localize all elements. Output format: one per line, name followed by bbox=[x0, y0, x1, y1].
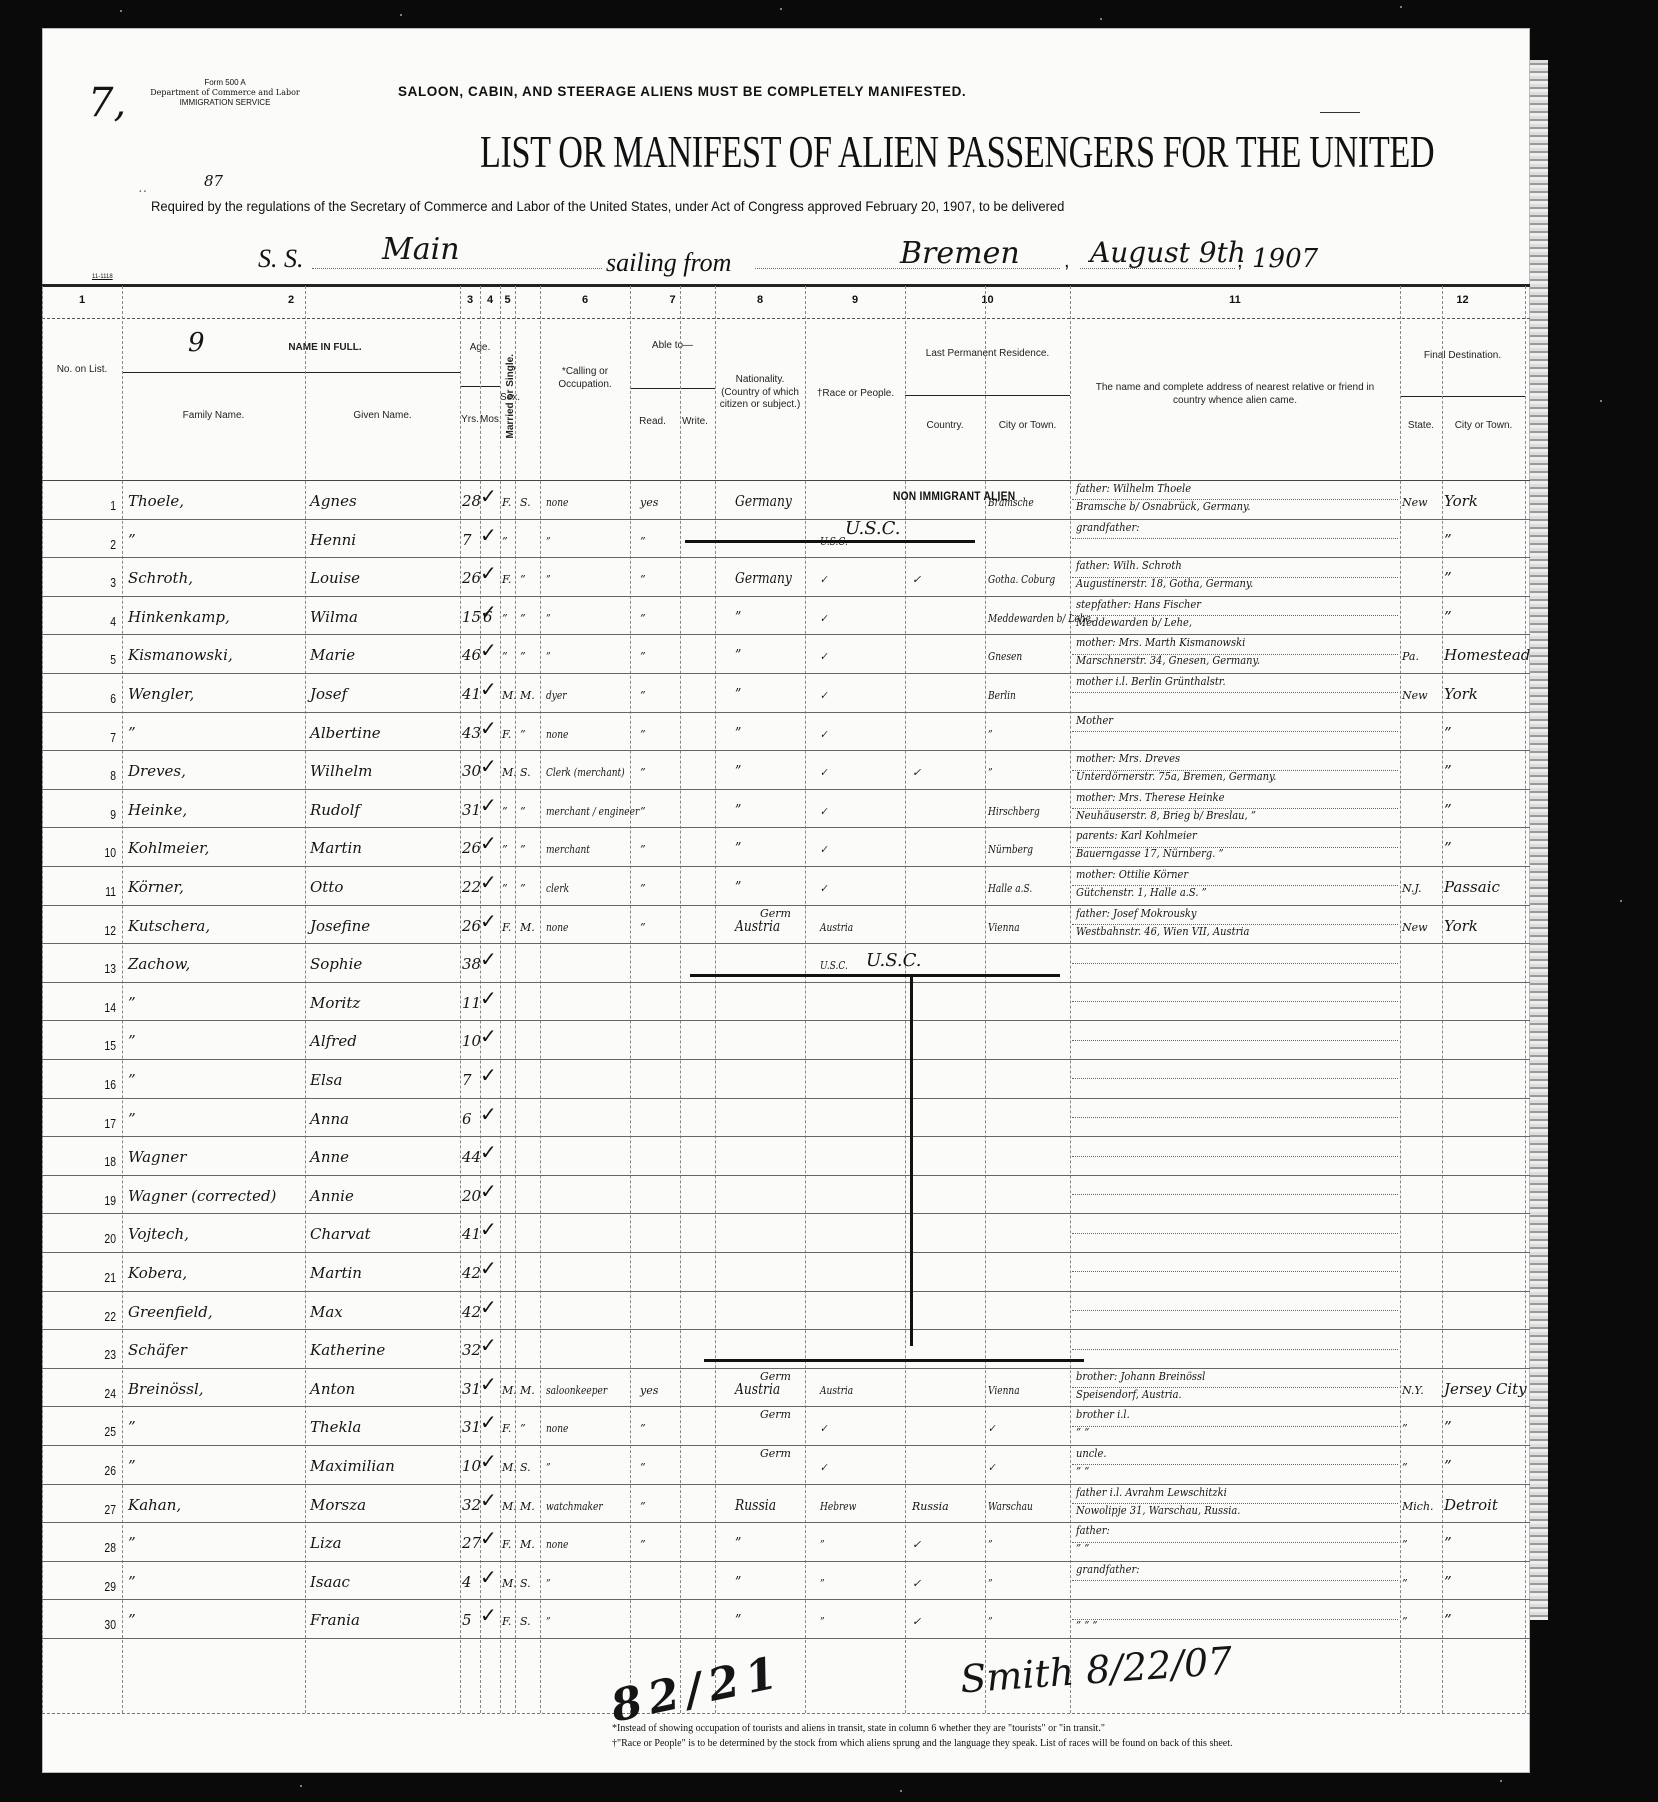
subtitle-marks: ․․ bbox=[138, 180, 147, 196]
residence-city: Halle a.S. bbox=[988, 882, 1032, 895]
occupation: none bbox=[546, 921, 568, 934]
relative-name: uncle. bbox=[1076, 1447, 1106, 1460]
relative-name: father i.l. Avrahm Lewschitzki bbox=[1076, 1486, 1227, 1499]
residence-city: Warschau bbox=[988, 1500, 1033, 1513]
age-years: 31 bbox=[462, 1418, 481, 1436]
able-to-read: ” bbox=[640, 1422, 646, 1435]
destination-city: Jersey City bbox=[1444, 1380, 1527, 1398]
destination-state: ” bbox=[1402, 1577, 1408, 1590]
header-name-in-full: NAME IN FULL. bbox=[250, 342, 400, 355]
header-yrs: Yrs. bbox=[460, 414, 480, 427]
race-people: U.S.C. bbox=[820, 959, 848, 972]
relative-address: ” ” ” bbox=[1076, 1619, 1097, 1632]
column-number-12: 12 bbox=[1400, 294, 1525, 306]
residence-city: ” bbox=[988, 1538, 993, 1551]
header-city: City or Town. bbox=[985, 420, 1070, 433]
column-number-3: 3 bbox=[460, 294, 480, 306]
given-name: Wilhelm bbox=[310, 762, 372, 780]
row-number: 11 bbox=[92, 884, 116, 899]
occupation: merchant bbox=[546, 843, 590, 856]
residence-country: ✓ bbox=[912, 573, 921, 586]
destination-city: Detroit bbox=[1444, 1496, 1498, 1514]
row-number: 28 bbox=[92, 1540, 116, 1555]
check-mark-icon: ✓ bbox=[480, 1217, 497, 1241]
given-name: Katherine bbox=[310, 1341, 385, 1359]
nationality: ” bbox=[735, 646, 741, 664]
family-name: Wagner bbox=[128, 1148, 186, 1166]
footnotes: *Instead of showing occupation of touris… bbox=[612, 1722, 1233, 1751]
marital-status: ” bbox=[520, 1422, 526, 1435]
header-able-to: Able to— bbox=[630, 340, 715, 353]
sex: ” bbox=[502, 650, 508, 663]
marital-status: S. bbox=[520, 1577, 531, 1590]
header-relative-address: The name and complete address of nearest… bbox=[1085, 382, 1385, 407]
row-number: 27 bbox=[92, 1502, 116, 1517]
family-name: Vojtech, bbox=[128, 1225, 189, 1243]
family-name: Schroth, bbox=[128, 569, 193, 587]
row-number: 5 bbox=[92, 652, 116, 667]
age-years: 30 bbox=[462, 762, 481, 780]
family-name: ” bbox=[128, 994, 136, 1012]
sex: F. bbox=[502, 1538, 511, 1551]
subtitle-annotation: 87 bbox=[204, 172, 223, 190]
able-to-read: yes bbox=[640, 496, 658, 509]
race-people: ✓ bbox=[820, 689, 828, 702]
column-number-4: 4 bbox=[480, 294, 500, 306]
relative-name: mother: Mrs. Dreves bbox=[1076, 752, 1180, 765]
nationality: Russia bbox=[735, 1496, 776, 1514]
residence-city: Hirschberg bbox=[988, 805, 1040, 818]
nationality: ” bbox=[735, 724, 741, 742]
row-number: 4 bbox=[92, 614, 116, 629]
non-immigrant-alien-stamp: NON IMMIGRANT ALIEN bbox=[893, 489, 1015, 503]
nationality: ” bbox=[735, 801, 741, 819]
relative-address: Neuhäuserstr. 8, Brieg b/ Breslau, ” bbox=[1076, 809, 1256, 822]
given-name: Thekla bbox=[310, 1418, 361, 1436]
age-years: 38 bbox=[462, 955, 481, 973]
able-to-read: ” bbox=[640, 573, 646, 586]
given-name: Rudolf bbox=[310, 801, 360, 819]
relative-name: father: bbox=[1076, 1524, 1110, 1537]
column-number-10: 10 bbox=[905, 294, 1070, 306]
given-name: Alfred bbox=[310, 1032, 357, 1050]
race-people: ” bbox=[820, 1615, 825, 1628]
nationality: Germany bbox=[735, 569, 792, 587]
given-name: Elsa bbox=[310, 1071, 342, 1089]
header-calling-occupation: *Calling or Occupation. bbox=[545, 366, 625, 391]
race-people: ✓ bbox=[820, 843, 828, 856]
nationality: ” bbox=[735, 1611, 741, 1629]
family-name: Breinössl, bbox=[128, 1380, 204, 1398]
family-name: Greenfield, bbox=[128, 1303, 213, 1321]
race-people: ” bbox=[820, 1538, 825, 1551]
occupation: none bbox=[546, 1422, 568, 1435]
relative-address: Bramsche b/ Osnabrück, Germany. bbox=[1076, 500, 1250, 513]
check-mark-icon: ✓ bbox=[480, 1140, 497, 1164]
given-name: Agnes bbox=[310, 492, 357, 510]
able-to-read: ” bbox=[640, 882, 646, 895]
given-name: Henni bbox=[310, 531, 356, 549]
age-years: 10 bbox=[462, 1032, 481, 1050]
marital-status: S. bbox=[520, 1461, 531, 1474]
row-number: 20 bbox=[92, 1231, 116, 1246]
port-name: Bremen bbox=[900, 236, 1020, 271]
destination-state: New bbox=[1402, 496, 1428, 509]
age-years: 11 bbox=[462, 994, 481, 1012]
footnote-occupation: *Instead of showing occupation of touris… bbox=[612, 1722, 1233, 1737]
occupation: none bbox=[546, 728, 568, 741]
row-number: 23 bbox=[92, 1347, 116, 1362]
family-name: ” bbox=[128, 1071, 136, 1089]
given-name: Josef bbox=[310, 685, 347, 703]
row-number: 12 bbox=[92, 923, 116, 938]
race-people: ✓ bbox=[820, 1461, 828, 1474]
marital-status: S. bbox=[520, 766, 531, 779]
form-department: Department of Commerce and Labor bbox=[150, 88, 300, 98]
nationality: ” bbox=[735, 1573, 741, 1591]
age-years: 7 bbox=[462, 1071, 472, 1089]
header-state: State. bbox=[1400, 420, 1442, 433]
relative-address: Bauerngasse 17, Nürnberg. ” bbox=[1076, 847, 1224, 860]
check-mark-icon: ✓ bbox=[480, 523, 497, 547]
relative-name: father: Josef Mokrousky bbox=[1076, 907, 1197, 920]
age-years: 10 bbox=[462, 1457, 481, 1475]
age-years: 28 bbox=[462, 492, 481, 510]
marital-status: S. bbox=[520, 1615, 531, 1628]
age-years: 41 bbox=[462, 685, 481, 703]
age-years: 26 bbox=[462, 839, 481, 857]
given-name: Martin bbox=[310, 839, 362, 857]
race-people: ✓ bbox=[820, 1422, 828, 1435]
age-years: 31 bbox=[462, 801, 481, 819]
marital-status: ” bbox=[520, 843, 526, 856]
destination-state: N.Y. bbox=[1402, 1384, 1424, 1397]
destination-state: ” bbox=[1402, 1538, 1408, 1551]
given-name: Charvat bbox=[310, 1225, 371, 1243]
given-name: Isaac bbox=[310, 1573, 350, 1591]
marital-status: M. bbox=[520, 921, 535, 934]
relative-name: parents: Karl Kohlmeier bbox=[1076, 829, 1197, 842]
residence-country: ✓ bbox=[912, 766, 921, 779]
given-name: Anna bbox=[310, 1110, 349, 1128]
check-mark-icon: ✓ bbox=[480, 754, 497, 778]
check-mark-icon: ✓ bbox=[480, 561, 497, 585]
row-number: 10 bbox=[92, 845, 116, 860]
sex: ” bbox=[502, 843, 508, 856]
column-number-5: 5 bbox=[500, 294, 515, 306]
header-write: Write. bbox=[675, 416, 715, 429]
able-to-read: ” bbox=[640, 1500, 646, 1513]
occupation: saloonkeeper bbox=[546, 1384, 607, 1397]
residence-city: ✓ bbox=[988, 1422, 996, 1435]
destination-city: ” bbox=[1444, 839, 1452, 857]
family-name: ” bbox=[128, 1573, 136, 1591]
marital-status: ” bbox=[520, 882, 526, 895]
sailing-label: sailing from bbox=[606, 248, 731, 278]
relative-name: mother i.l. Berlin Grünthalstr. bbox=[1076, 675, 1226, 688]
age-years: 42 bbox=[462, 1264, 481, 1282]
destination-city: ” bbox=[1444, 1573, 1452, 1591]
relative-name: stepfather: Hans Fischer bbox=[1076, 598, 1201, 611]
row-number: 22 bbox=[92, 1309, 116, 1324]
relative-name: Mother bbox=[1076, 714, 1113, 727]
given-name: Otto bbox=[310, 878, 343, 896]
destination-city: York bbox=[1444, 685, 1478, 703]
given-name: Sophie bbox=[310, 955, 362, 973]
destination-city: York bbox=[1444, 917, 1478, 935]
residence-city: ” bbox=[988, 766, 993, 779]
destination-state: New bbox=[1402, 921, 1428, 934]
check-mark-icon: ✓ bbox=[480, 909, 497, 933]
form-code: 11-1118 bbox=[92, 274, 113, 280]
given-name: Louise bbox=[310, 569, 360, 587]
check-mark-icon: ✓ bbox=[480, 1565, 497, 1589]
header-family-name: Family Name. bbox=[122, 410, 305, 423]
given-name: Annie bbox=[310, 1187, 354, 1205]
sex: M. bbox=[502, 1500, 517, 1513]
column-number-7: 7 bbox=[630, 294, 715, 306]
sex: M. bbox=[502, 766, 517, 779]
sailing-year: 1907 bbox=[1252, 244, 1318, 274]
destination-state: ” bbox=[1402, 1422, 1408, 1435]
destination-city: ” bbox=[1444, 724, 1452, 742]
row-number: 6 bbox=[92, 691, 116, 706]
nationality: ” bbox=[735, 608, 741, 626]
destination-state: ” bbox=[1402, 1461, 1408, 1474]
check-mark-icon: ✓ bbox=[480, 1372, 497, 1396]
destination-state: Pa. bbox=[1402, 650, 1419, 663]
residence-country: ✓ bbox=[912, 1538, 921, 1551]
age-years: 6 bbox=[462, 1110, 472, 1128]
given-name: Morsza bbox=[310, 1496, 366, 1514]
able-to-read: ” bbox=[640, 728, 646, 741]
row-number: 1 bbox=[92, 498, 116, 513]
family-name: ” bbox=[128, 1032, 136, 1050]
race-people: ✓ bbox=[820, 573, 828, 586]
relative-name: grandfather: bbox=[1076, 1563, 1140, 1576]
sex: ” bbox=[502, 535, 508, 548]
family-name: Schäfer bbox=[128, 1341, 187, 1359]
destination-city: ” bbox=[1444, 1611, 1452, 1629]
sex: F. bbox=[502, 728, 511, 741]
check-mark-icon: ✓ bbox=[480, 1333, 497, 1357]
nationality: Germany bbox=[735, 492, 792, 510]
header-dest-city: City or Town. bbox=[1442, 420, 1525, 433]
family-name: Kismanowski, bbox=[128, 646, 233, 664]
given-name: Martin bbox=[310, 1264, 362, 1282]
row-number: 17 bbox=[92, 1116, 116, 1131]
marital-status: M. bbox=[520, 1500, 535, 1513]
age-years: 20 bbox=[462, 1187, 481, 1205]
usc-strike-line-3 bbox=[704, 1359, 1084, 1362]
check-mark-icon: ✓ bbox=[480, 870, 497, 894]
check-mark-icon: ✓ bbox=[480, 484, 497, 508]
usc-mark-1: U.S.C. bbox=[845, 518, 901, 539]
marital-status: M. bbox=[520, 1384, 535, 1397]
age-years: 4 bbox=[462, 1573, 472, 1591]
marital-status: S. bbox=[520, 496, 531, 509]
check-mark-icon: ✓ bbox=[480, 1063, 497, 1087]
race-people: ✓ bbox=[820, 882, 828, 895]
family-name: Wengler, bbox=[128, 685, 194, 703]
check-mark-icon: ✓ bbox=[480, 1449, 497, 1473]
relative-address: Augustinerstr. 18, Gotha, Germany. bbox=[1076, 577, 1253, 590]
relative-name: brother i.l. bbox=[1076, 1408, 1130, 1421]
marital-status: ” bbox=[520, 612, 526, 625]
able-to-read: yes bbox=[640, 1384, 658, 1397]
family-name: Kobera, bbox=[128, 1264, 187, 1282]
marital-status: ” bbox=[520, 728, 526, 741]
family-name: Thoele, bbox=[128, 492, 184, 510]
age-years: 15 bbox=[462, 608, 481, 626]
page-edge-stack bbox=[1530, 60, 1548, 1620]
sailing-date: August 9th bbox=[1090, 236, 1246, 269]
relative-name: father: Wilhelm Thoele bbox=[1076, 482, 1191, 495]
occupation: watchmaker bbox=[546, 1500, 603, 1513]
residence-city: Vienna bbox=[988, 1384, 1020, 1397]
family-name: Kahan, bbox=[128, 1496, 181, 1514]
list-number-handwritten: 9 bbox=[188, 328, 205, 358]
given-name: Frania bbox=[310, 1611, 360, 1629]
marital-status: M. bbox=[520, 1538, 535, 1551]
relative-address: ” ” bbox=[1076, 1426, 1089, 1439]
sex: ” bbox=[502, 882, 508, 895]
age-years: 41 bbox=[462, 1225, 481, 1243]
marital-status: ” bbox=[520, 650, 526, 663]
family-name: ” bbox=[128, 1418, 136, 1436]
age-years: 7 bbox=[462, 531, 472, 549]
check-mark-icon: ✓ bbox=[480, 1526, 497, 1550]
check-mark-icon: ✓ bbox=[480, 831, 497, 855]
relative-address: Westbahnstr. 46, Wien VII, Austria bbox=[1076, 925, 1249, 938]
destination-city: ” bbox=[1444, 762, 1452, 780]
nationality-note: Germ bbox=[760, 907, 791, 920]
age-years: 22 bbox=[462, 878, 481, 896]
destination-city: Passaic bbox=[1444, 878, 1500, 896]
check-mark-icon: ✓ bbox=[480, 1024, 497, 1048]
marital-status: M. bbox=[520, 689, 535, 702]
sex: F. bbox=[502, 573, 511, 586]
check-mark-icon: ✓ bbox=[480, 638, 497, 662]
check-mark-icon: ✓ bbox=[480, 986, 497, 1010]
sex: M. bbox=[502, 689, 517, 702]
relative-address: Gütchenstr. 1, Halle a.S. ” bbox=[1076, 886, 1207, 899]
nationality-note: Germ bbox=[760, 1408, 791, 1421]
footnote-race: †"Race or People" is to be determined by… bbox=[612, 1737, 1233, 1752]
occupation: ” bbox=[546, 650, 551, 663]
able-to-read: ” bbox=[640, 689, 646, 702]
occupation: clerk bbox=[546, 882, 569, 895]
check-mark-icon: ✓ bbox=[480, 1410, 497, 1434]
nationality: ” bbox=[735, 762, 741, 780]
family-name: Körner, bbox=[128, 878, 184, 896]
able-to-read: ” bbox=[640, 612, 646, 625]
relative-address: ” ” bbox=[1076, 1465, 1089, 1478]
row-number: 9 bbox=[92, 807, 116, 822]
given-name: Albertine bbox=[310, 724, 381, 742]
marital-status: ” bbox=[520, 805, 526, 818]
ship-name: Main bbox=[382, 232, 460, 267]
given-name: Wilma bbox=[310, 608, 358, 626]
sex: M. bbox=[502, 1461, 517, 1474]
row-number: 2 bbox=[92, 537, 116, 552]
sex: M. bbox=[502, 1384, 517, 1397]
residence-country: ✓ bbox=[912, 1615, 921, 1628]
column-number-8: 8 bbox=[715, 294, 805, 306]
relative-name: mother: Ottilie Körner bbox=[1076, 868, 1188, 881]
age-years: 26 bbox=[462, 917, 481, 935]
family-name: ” bbox=[128, 531, 136, 549]
check-mark-icon: ✓ bbox=[480, 1179, 497, 1203]
relative-address: Meddewarden b/ Lehe, bbox=[1076, 616, 1192, 629]
family-name: Heinke, bbox=[128, 801, 187, 819]
destination-city: York bbox=[1444, 492, 1478, 510]
family-name: Hinkenkamp, bbox=[128, 608, 230, 626]
given-name: Anton bbox=[310, 1380, 355, 1398]
given-name: Max bbox=[310, 1303, 343, 1321]
residence-city: Vienna bbox=[988, 921, 1020, 934]
relative-address: Unterdörnerstr. 75a, Bremen, Germany. bbox=[1076, 770, 1276, 783]
residence-city: ” bbox=[988, 1615, 993, 1628]
family-name: ” bbox=[128, 724, 136, 742]
row-number: 13 bbox=[92, 961, 116, 976]
age-years: 44 bbox=[462, 1148, 481, 1166]
relative-address: ” ” bbox=[1076, 1542, 1089, 1555]
row-number: 26 bbox=[92, 1463, 116, 1478]
destination-city: ” bbox=[1444, 569, 1452, 587]
sex: F. bbox=[502, 921, 511, 934]
residence-city: ” bbox=[988, 728, 993, 741]
form-number: Form 500 A bbox=[150, 78, 300, 88]
row-number: 25 bbox=[92, 1424, 116, 1439]
check-mark-icon: ✓ bbox=[480, 600, 497, 624]
form-service: IMMIGRATION SERVICE bbox=[150, 98, 300, 108]
row-number: 21 bbox=[92, 1270, 116, 1285]
residence-city: Berlin bbox=[988, 689, 1016, 702]
age-years: 32 bbox=[462, 1341, 481, 1359]
age-years: 42 bbox=[462, 1303, 481, 1321]
header-nationality: Nationality. (Country of which citizen o… bbox=[716, 374, 804, 412]
age-years: 5 bbox=[462, 1611, 472, 1629]
row-number: 24 bbox=[92, 1386, 116, 1401]
relative-address: Nowolipje 31, Warschau, Russia. bbox=[1076, 1504, 1240, 1517]
marital-status: ” bbox=[520, 573, 526, 586]
nationality: ” bbox=[735, 839, 741, 857]
occupation: dyer bbox=[546, 689, 567, 702]
header-race-people: †Race or People. bbox=[808, 388, 903, 401]
residence-city: Gotha. Coburg bbox=[988, 573, 1055, 586]
sex: ” bbox=[502, 805, 508, 818]
column-number-9: 9 bbox=[805, 294, 905, 306]
header-final-destination: Final Destination. bbox=[1400, 350, 1525, 363]
nationality: ” bbox=[735, 1534, 741, 1552]
relative-address: Speisendorf, Austria. bbox=[1076, 1388, 1182, 1401]
banner-text: SALOON, CABIN, AND STEERAGE ALIENS MUST … bbox=[398, 84, 966, 99]
occupation: none bbox=[546, 496, 568, 509]
relative-name: mother: Mrs. Therese Heinke bbox=[1076, 791, 1224, 804]
nationality: ” bbox=[735, 878, 741, 896]
family-name: ” bbox=[128, 1457, 136, 1475]
given-name: Josefine bbox=[310, 917, 370, 935]
able-to-read: ” bbox=[640, 535, 646, 548]
row-number: 16 bbox=[92, 1077, 116, 1092]
family-name: Kutschera, bbox=[128, 917, 210, 935]
row-number: 29 bbox=[92, 1579, 116, 1594]
row-number: 7 bbox=[92, 730, 116, 745]
race-people: ✓ bbox=[820, 612, 828, 625]
destination-city: ” bbox=[1444, 801, 1452, 819]
usc-mark-2: U.S.C. bbox=[866, 950, 922, 971]
